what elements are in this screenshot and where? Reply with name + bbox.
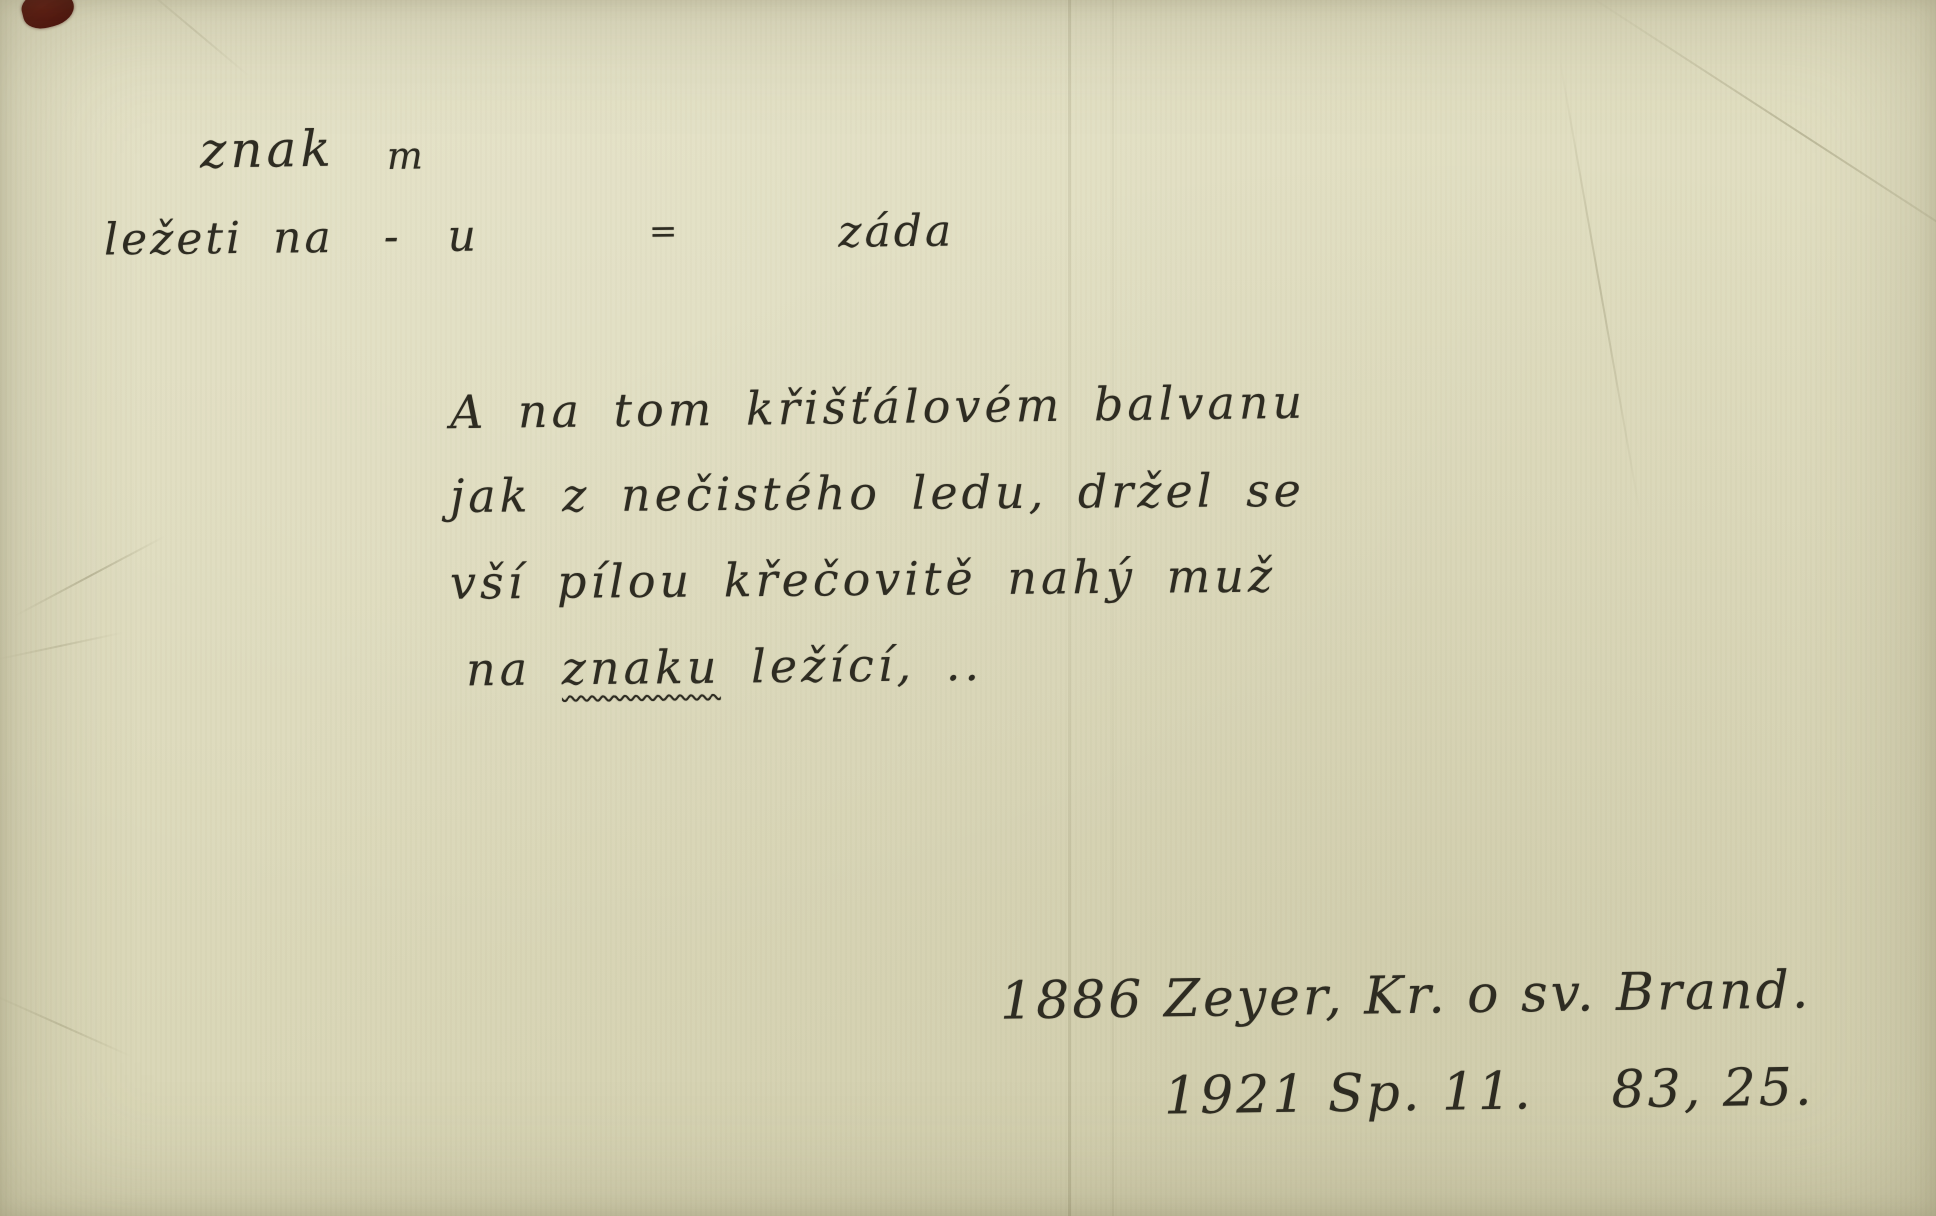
definition-ending: u (447, 211, 479, 262)
equals-sign: = (649, 211, 681, 251)
definition-dash: - (383, 211, 401, 262)
paper-crease-left-1 (14, 535, 165, 617)
headword: znak (200, 120, 335, 180)
paper-crease-top-left (135, 0, 251, 78)
paper-crease-right (1558, 55, 1642, 518)
quote-line-4: na znaku ležící, .. (450, 636, 1307, 695)
quotation-block: A na tom křišťálovém balvanu jak z nečis… (450, 382, 1306, 726)
gender-abbreviation: m (386, 133, 427, 178)
quote-line-2: jak z nečistého ledu, držel se (450, 465, 1306, 521)
quote-line-4-suffix: ležící, .. (751, 637, 983, 693)
citation-edition: 1921 Sp. 11. (1164, 1061, 1534, 1126)
quote-line-4-prefix: na (466, 642, 532, 697)
quote-line-3: vší pílou křečovitě nahý muž (450, 550, 1307, 607)
definition-gloss: záda (838, 206, 954, 258)
corner-stain (18, 0, 77, 33)
citation-page-reference: 83, 25. (1611, 1057, 1815, 1120)
definition-preposition: na (273, 212, 334, 264)
quote-line-1: A na tom křišťálovém balvanu (450, 377, 1307, 437)
paper-crease-top-right (1584, 0, 1936, 277)
underlined-headword-occurrence: znaku (561, 640, 720, 696)
handwritten-excerpt-card: znakm ležetina-u=záda A na tom křišťálov… (0, 0, 1936, 1216)
citation-edition-line: 1921 Sp. 11.83, 25. (1164, 1057, 1815, 1126)
definition-verb: ležeti (104, 213, 244, 265)
paper-crease-bottom-left (0, 995, 132, 1058)
definition-line: ležetina-u=záda (104, 206, 955, 266)
headword-row: znakm (200, 118, 427, 179)
citation-source: 1886 Zeyer, Kr. o sv. Brand. (1000, 960, 1812, 1031)
paper-crease-left-2 (0, 632, 124, 661)
